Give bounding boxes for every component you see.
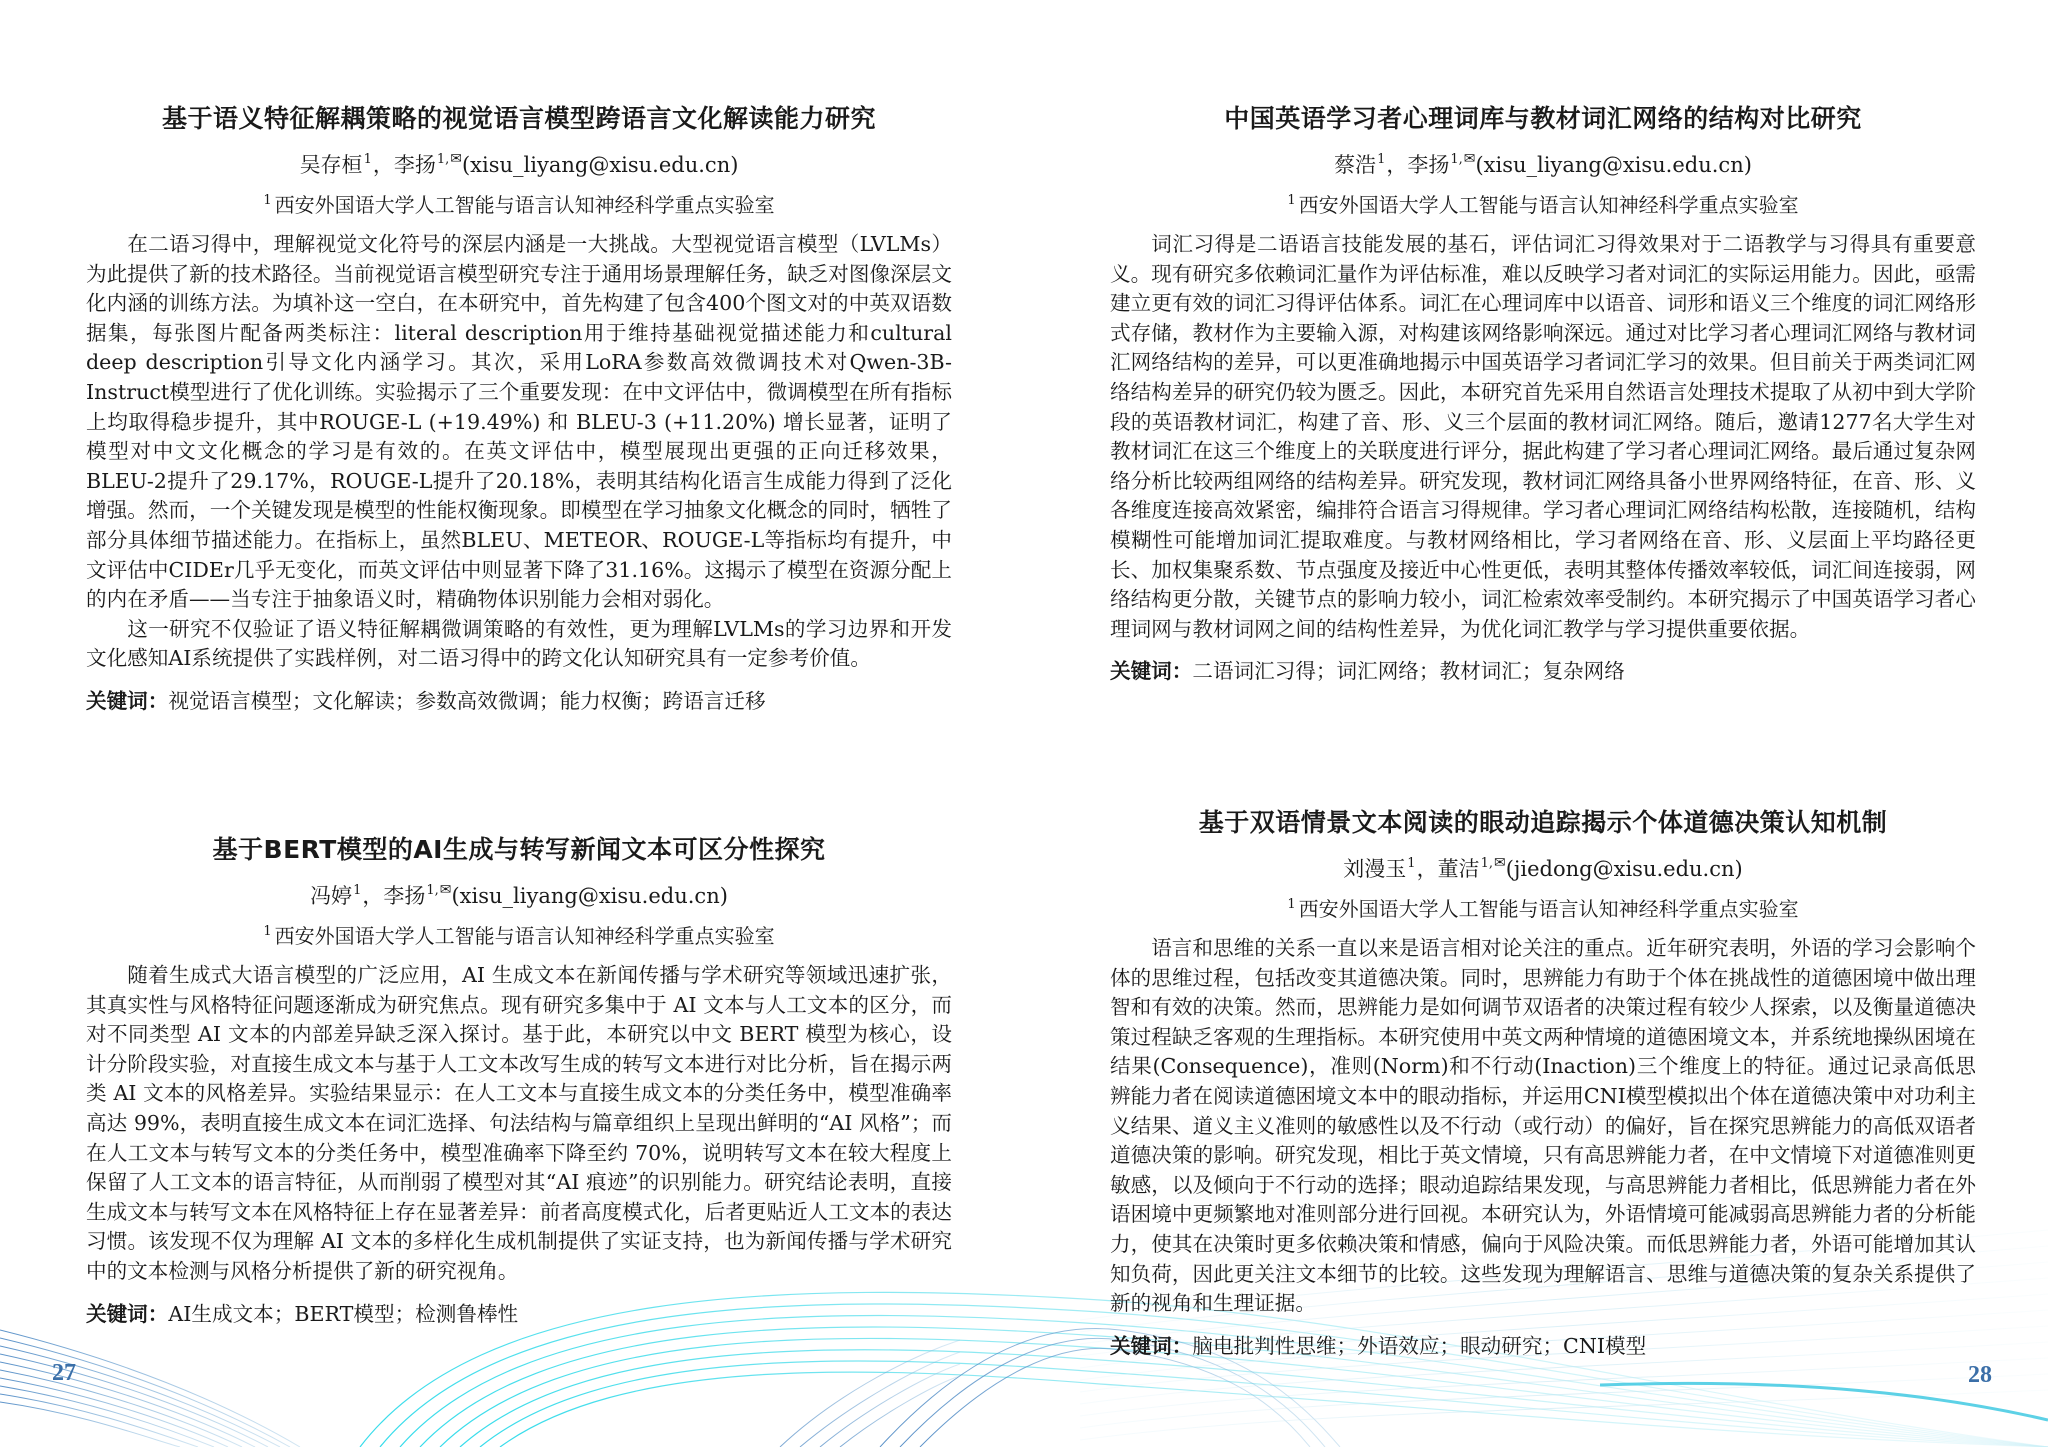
author-name: 冯婷 — [310, 884, 352, 908]
article-title: 基于BERT模型的AI生成与转写新闻文本可区分性探究 — [86, 833, 952, 867]
author-name: 董洁 — [1438, 857, 1480, 881]
author-separator: ， — [362, 884, 383, 908]
affiliation: 1西安外国语大学人工智能与语言认知神经科学重点实验室 — [1110, 186, 1976, 220]
keywords: 关键词：脑电批判性思维；外语效应；眼动研究；CNI模型 — [1110, 1331, 1976, 1361]
affiliation-sup: 1 — [1287, 193, 1295, 208]
keywords-label: 关键词： — [86, 1302, 168, 1326]
keywords-label: 关键词： — [1110, 1334, 1192, 1358]
affiliation-sup: 1 — [263, 924, 271, 939]
author-sup: 1, — [437, 152, 449, 167]
right-page: 中国英语学习者心理词库与教材词汇网络的结构对比研究 蔡浩1，李扬1,✉(xisu… — [1110, 0, 1976, 1447]
left-page: 基于语义特征解耦策略的视觉语言模型跨语言文化解读能力研究 吴存桓1，李扬1,✉(… — [86, 0, 952, 1447]
abstract: 随着生成式大语言模型的广泛应用，AI 生成文本在新闻传播与学术研究等领域迅速扩张… — [86, 961, 952, 1287]
keywords-text: 二语词汇习得；词汇网络；教材词汇；复杂网络 — [1192, 659, 1624, 683]
abstract-paragraph: 这一研究不仅验证了语义特征解耦微调策略的有效性，更为理解LVLMs的学习边界和开… — [86, 615, 952, 674]
author-name: 吴存桓 — [300, 153, 363, 177]
article-title: 基于双语情景文本阅读的眼动追踪揭示个体道德决策认知机制 — [1110, 806, 1976, 840]
author-sup: 1 — [353, 883, 361, 898]
affiliation-text: 西安外国语大学人工智能与语言认知神经科学重点实验室 — [275, 924, 775, 948]
keywords: 关键词：AI生成文本；BERT模型；检测鲁棒性 — [86, 1299, 952, 1329]
author-email: (jiedong@xisu.edu.cn) — [1506, 857, 1743, 881]
author-name: 李扬 — [1407, 153, 1449, 177]
author-email: (xisu_liyang@xisu.edu.cn) — [1475, 153, 1751, 177]
article-3: 中国英语学习者心理词库与教材词汇网络的结构对比研究 蔡浩1，李扬1,✉(xisu… — [1110, 102, 1976, 686]
author-sup: 1, — [1450, 152, 1462, 167]
affiliation: 1西安外国语大学人工智能与语言认知神经科学重点实验室 — [86, 186, 952, 220]
keywords: 关键词：视觉语言模型；文化解读；参数高效微调；能力权衡；跨语言迁移 — [86, 686, 952, 716]
abstract-paragraph: 随着生成式大语言模型的广泛应用，AI 生成文本在新闻传播与学术研究等领域迅速扩张… — [86, 961, 952, 1287]
author-name: 刘漫玉 — [1343, 857, 1406, 881]
affiliation-text: 西安外国语大学人工智能与语言认知神经科学重点实验室 — [275, 193, 775, 217]
keywords-text: AI生成文本；BERT模型；检测鲁棒性 — [168, 1302, 518, 1326]
author-separator: ， — [1386, 153, 1407, 177]
author-line: 吴存桓1，李扬1,✉(xisu_liyang@xisu.edu.cn) — [86, 144, 952, 180]
abstract: 词汇习得是二语语言技能发展的基石，评估词汇习得效果对于二语教学与习得具有重要意义… — [1110, 230, 1976, 644]
author-sup: 1 — [1377, 152, 1385, 167]
affiliation-sup: 1 — [263, 193, 271, 208]
abstract-paragraph: 在二语习得中，理解视觉文化符号的深层内涵是一大挑战。大型视觉语言模型（LVLMs… — [86, 230, 952, 615]
author-sup: 1, — [426, 883, 438, 898]
keywords-text: 视觉语言模型；文化解读；参数高效微调；能力权衡；跨语言迁移 — [168, 689, 765, 713]
keywords-label: 关键词： — [1110, 659, 1192, 683]
abstract: 语言和思维的关系一直以来是语言相对论关注的重点。近年研究表明，外语的学习会影响个… — [1110, 934, 1976, 1319]
article-title: 中国英语学习者心理词库与教材词汇网络的结构对比研究 — [1110, 102, 1976, 136]
author-sup: 1 — [1407, 856, 1415, 871]
email-icon: ✉ — [450, 151, 462, 167]
author-name: 李扬 — [383, 884, 425, 908]
author-line: 冯婷1，李扬1,✉(xisu_liyang@xisu.edu.cn) — [86, 875, 952, 911]
article-title: 基于语义特征解耦策略的视觉语言模型跨语言文化解读能力研究 — [86, 102, 952, 136]
email-icon: ✉ — [1464, 151, 1476, 167]
article-2: 基于BERT模型的AI生成与转写新闻文本可区分性探究 冯婷1，李扬1,✉(xis… — [86, 833, 952, 1329]
author-sup: 1 — [364, 152, 372, 167]
article-4: 基于双语情景文本阅读的眼动追踪揭示个体道德决策认知机制 刘漫玉1，董洁1,✉(j… — [1110, 806, 1976, 1361]
author-line: 蔡浩1，李扬1,✉(xisu_liyang@xisu.edu.cn) — [1110, 144, 1976, 180]
affiliation-sup: 1 — [1287, 897, 1295, 912]
author-email: (xisu_liyang@xisu.edu.cn) — [451, 884, 727, 908]
author-name: 蔡浩 — [1334, 153, 1376, 177]
affiliation: 1西安外国语大学人工智能与语言认知神经科学重点实验室 — [1110, 890, 1976, 924]
author-sup: 1, — [1481, 856, 1493, 871]
abstract-paragraph: 语言和思维的关系一直以来是语言相对论关注的重点。近年研究表明，外语的学习会影响个… — [1110, 934, 1976, 1319]
email-icon: ✉ — [440, 882, 452, 898]
author-email: (xisu_liyang@xisu.edu.cn) — [462, 153, 738, 177]
page-number-left: 27 — [52, 1360, 76, 1387]
affiliation-text: 西安外国语大学人工智能与语言认知神经科学重点实验室 — [1299, 897, 1799, 921]
keywords: 关键词：二语词汇习得；词汇网络；教材词汇；复杂网络 — [1110, 656, 1976, 686]
keywords-label: 关键词： — [86, 689, 168, 713]
author-line: 刘漫玉1，董洁1,✉(jiedong@xisu.edu.cn) — [1110, 848, 1976, 884]
author-separator: ， — [373, 153, 394, 177]
abstract: 在二语习得中，理解视觉文化符号的深层内涵是一大挑战。大型视觉语言模型（LVLMs… — [86, 230, 952, 674]
keywords-text: 脑电批判性思维；外语效应；眼动研究；CNI模型 — [1192, 1334, 1646, 1358]
author-separator: ， — [1417, 857, 1438, 881]
affiliation: 1西安外国语大学人工智能与语言认知神经科学重点实验室 — [86, 917, 952, 951]
email-icon: ✉ — [1494, 855, 1506, 871]
abstract-paragraph: 词汇习得是二语语言技能发展的基石，评估词汇习得效果对于二语教学与习得具有重要意义… — [1110, 230, 1976, 644]
article-1: 基于语义特征解耦策略的视觉语言模型跨语言文化解读能力研究 吴存桓1，李扬1,✉(… — [86, 102, 952, 716]
affiliation-text: 西安外国语大学人工智能与语言认知神经科学重点实验室 — [1299, 193, 1799, 217]
author-name: 李扬 — [394, 153, 436, 177]
